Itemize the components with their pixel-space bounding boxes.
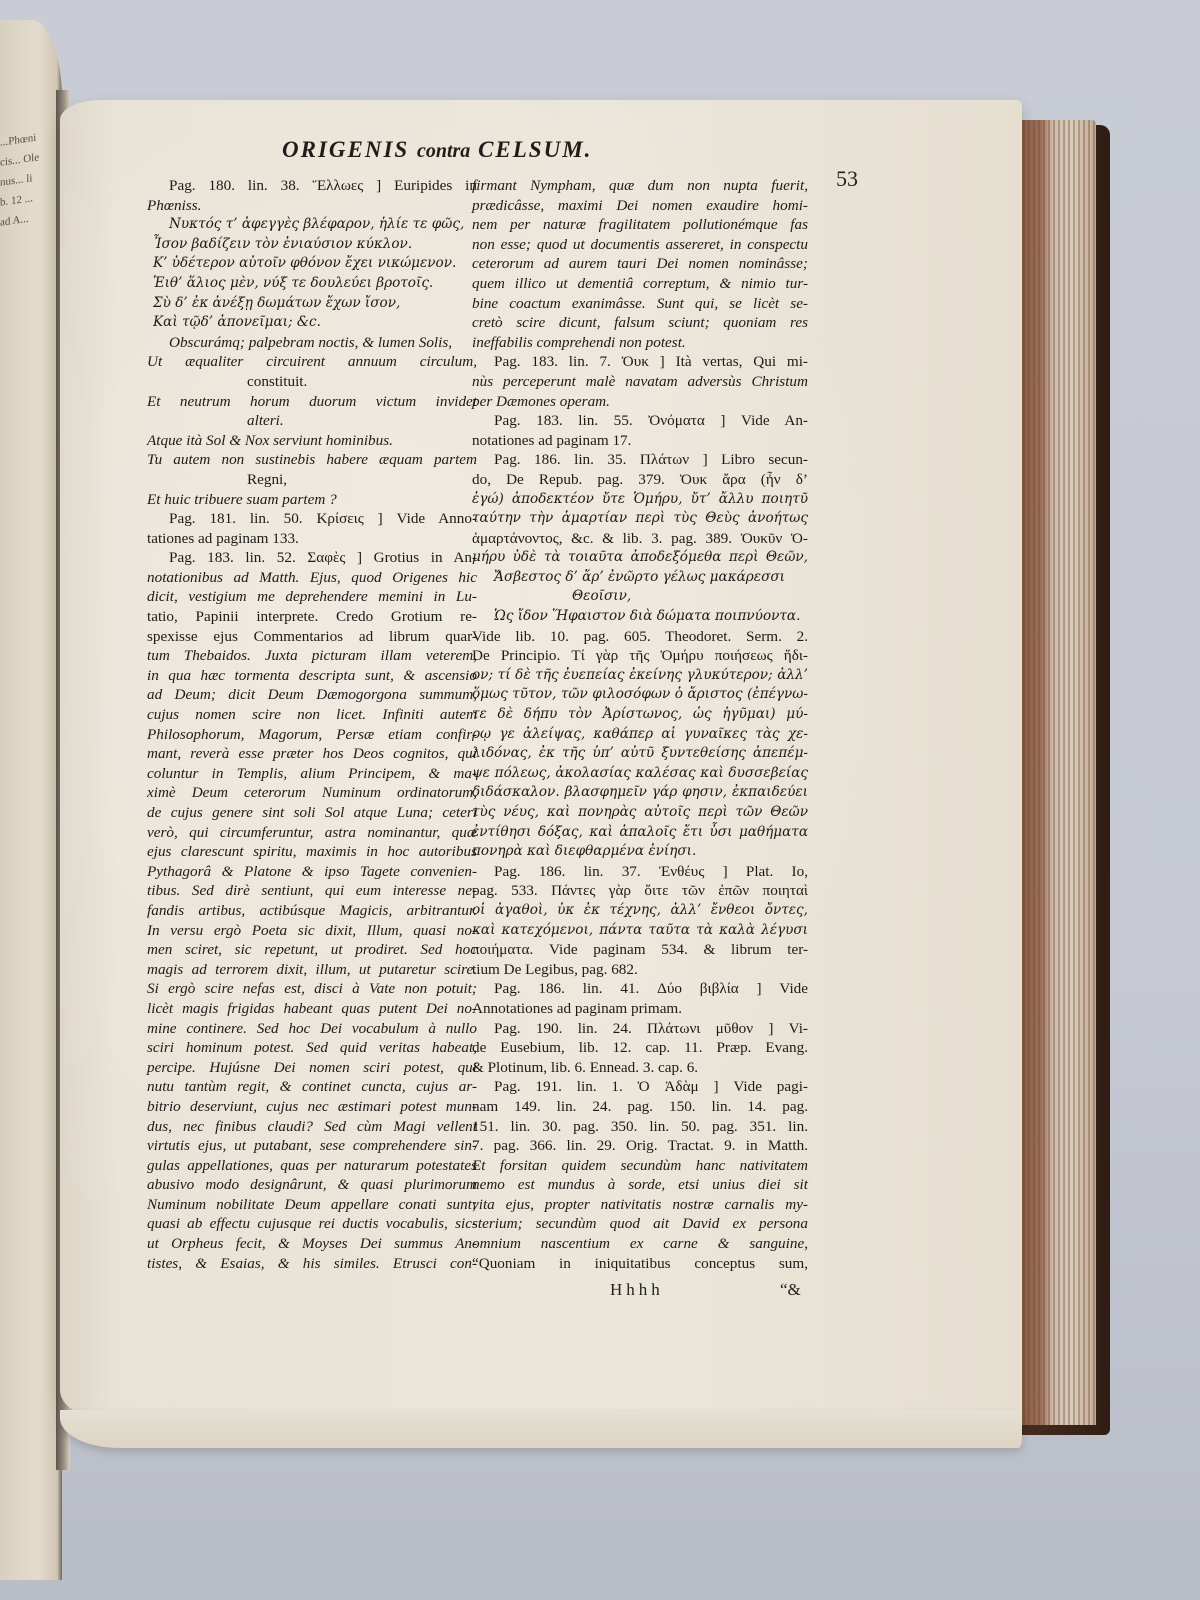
text-line: tatio, Papinii interprete. Credo Grotium… xyxy=(147,607,477,627)
text-line: gulas appellationes, quas per naturarum … xyxy=(147,1156,477,1176)
text-line: nem per naturæ fragilitatem pollutionémq… xyxy=(472,215,808,235)
text-line: de Eusebium, lib. 12. cap. 11. Præp. Eva… xyxy=(472,1038,808,1058)
text-line: quasi ab effectu cujusque rei ductis voc… xyxy=(147,1214,477,1234)
text-line: ejus clarescunt spiritu, maximis in hoc … xyxy=(147,842,477,862)
text-line: Σὺ δ’ ἐκ ἀνέξῃ δωμάτων ἔχων ἴσον, xyxy=(147,294,477,314)
text-line: Καὶ τῷδ’ ἀπονεῖμαι; &c. xyxy=(147,313,477,333)
text-line: in qua hæc tormenta descripta sunt, & as… xyxy=(147,666,477,686)
text-line: magis ad terrorem dixit, illum, ut putar… xyxy=(147,960,477,980)
text-line: vita ejus, propter nativitatis nostræ ca… xyxy=(472,1195,808,1215)
text-line: cujus nomen scire non licet. Infiniti au… xyxy=(147,705,477,725)
page-bottom-curl xyxy=(60,1410,1022,1448)
text-line: 151. lin. 30. pag. 350. lin. 50. pag. 35… xyxy=(472,1117,808,1137)
text-line: ταύτην τὴν ἁμαρτίαν περὶ τὺς Θεὺς ἀνοήτω… xyxy=(472,509,808,529)
text-line: dicit, vestigium me deprehendere memini … xyxy=(147,587,477,607)
text-line: μήρυ ὐδὲ τὰ τοιαῦτα ἀποδεξόμεθα περὶ Θεῶ… xyxy=(472,548,808,568)
text-line: Pag. 181. lin. 50. Κρίσεις ] Vide Anno- xyxy=(147,509,477,529)
text-line: omnium nascentium ex carne & sanguine, xyxy=(472,1234,808,1254)
text-line: Pag. 183. lin. 7. Ὀυκ ] Ità vertas, Qui … xyxy=(472,352,808,372)
running-head-subject: CELSUM. xyxy=(478,137,592,162)
text-line: virtutis ejus, ut putabant, sese compreh… xyxy=(147,1136,477,1156)
text-line: Ὡς ἴδον Ἥφαιστον διὰ δώματα ποιπνύοντα. xyxy=(472,607,808,627)
text-line: coluntur in Templis, alium Principem, & … xyxy=(147,764,477,784)
text-line: Et forsitan quidem secundùm hanc nativit… xyxy=(472,1156,808,1176)
text-line: ὅμως τῦτον, τῶν φιλοσόφων ὁ ἄριστος (ἐπέ… xyxy=(472,685,808,705)
running-head-main: ORIGENIS xyxy=(282,137,409,162)
text-line: Et huic tribuere suam partem ? xyxy=(147,490,477,510)
text-line: Obscurámq; palpebram noctis, & lumen Sol… xyxy=(147,333,477,353)
text-line: bine coactum exanimâsse. Sunt qui, se li… xyxy=(472,294,808,314)
text-line: Νυκτός τ’ ἀφεγγὲς βλέφαρον, ἡλίε τε φῶς, xyxy=(147,215,477,235)
text-line: Ἶσον βαδίζειν τὸν ἐνιαύσιον κύκλον. xyxy=(147,235,477,255)
right-text-column: firmant Nympham, quæ dum non nupta fueri… xyxy=(472,176,808,1273)
text-line: nùs perceperunt malè navatam adversùs Ch… xyxy=(472,372,808,392)
text-line: Pag. 191. lin. 1. Ὁ Ἀδὰμ ] Vide pagi- xyxy=(472,1077,808,1097)
text-line: notationibus ad Matth. Ejus, quod Origen… xyxy=(147,568,477,588)
text-line: quem illico ut dementiâ correptum, & nim… xyxy=(472,274,808,294)
text-line: Numinum nobilitate Deum appellare conati… xyxy=(147,1195,477,1215)
text-line: dus, nec finibus claudi? Sed cùm Magi ve… xyxy=(147,1117,477,1137)
running-head: ORIGENIS contra CELSUM. xyxy=(282,137,592,163)
text-line: ἐντίθησι δόξας, καὶ ἁπαλοῖς ἔτι ὖσι μαθή… xyxy=(472,823,808,843)
text-line: bitrio deserviunt, cujus nec æstimari po… xyxy=(147,1097,477,1117)
text-line: Pag. 186. lin. 37. Ἐνθέυς ] Plat. Io, xyxy=(472,862,808,882)
text-line: Si ergò scire nefas est, disci à Vate no… xyxy=(147,979,477,999)
text-line: ψε πόλεως, ἀκολασίας καλέσας καὶ δυσσεβε… xyxy=(472,764,808,784)
text-line: tistes, & Esaias, & his similes. Etrusci… xyxy=(147,1254,477,1274)
text-line: διδάσκαλον. βλασφημεῖν γάρ φησιν, ἐκπαιδ… xyxy=(472,783,808,803)
text-line: ad Deum; dicit Deum Dæmogorgona summum, xyxy=(147,685,477,705)
left-text-column: Pag. 180. lin. 38. Ἕλλωες ] Euripides in… xyxy=(147,176,477,1273)
text-line: licèt magis frigidas habeant quas putent… xyxy=(147,999,477,1019)
text-line: tibus. Sed dirè sentiunt, qui eum intere… xyxy=(147,881,477,901)
text-line: Pag. 183. lin. 52. Σαφὲς ] Grotius in An… xyxy=(147,548,477,568)
text-line: verò, qui circumferuntur, astra nominant… xyxy=(147,823,477,843)
text-line: 7. pag. 366. lin. 29. Orig. Tractat. 9. … xyxy=(472,1136,808,1156)
text-line: Ἐιθ’ ἅλιος μὲν, νύξ τε δουλεύει βροτοῖς. xyxy=(147,274,477,294)
text-line: ον; τί δὲ τῆς ἐυεπείας ἐκείνης γλυκύτερο… xyxy=(472,666,808,686)
text-line: mant, reverà esse præter hos Deos cognit… xyxy=(147,744,477,764)
text-line: Vide lib. 10. pag. 605. Theodoret. Serm.… xyxy=(472,627,808,647)
text-line: ut Orpheus fecit, & Moyses Dei summus An… xyxy=(147,1234,477,1254)
text-line: Pag. 190. lin. 24. Πλάτωνι μῦθον ] Vi- xyxy=(472,1019,808,1039)
text-line: ποιήματα. Vide paginam 534. & librum ter… xyxy=(472,940,808,960)
text-line: Κ’ ὐδέτερον αὐτοῖν φθόνον ἔχει νικώμενον… xyxy=(147,254,477,274)
catchword: “& xyxy=(780,1280,801,1300)
text-line: πονηρὰ καὶ διεφθαρμένα ἐνίησι. xyxy=(472,842,808,862)
text-line: spexisse ejus Commentarios ad librum qua… xyxy=(147,627,477,647)
text-line: καὶ κατεχόμενοι, πάντα ταῦτα τὰ καλὰ λέγ… xyxy=(472,921,808,941)
text-line: ἁμαρτάνοντος, &c. & lib. 3. pag. 389. Ὀυ… xyxy=(472,529,808,549)
text-line: de cujus genere sint soli Sol atque Luna… xyxy=(147,803,477,823)
text-line: Regni, xyxy=(147,470,477,490)
text-line: notationes ad paginam 17. xyxy=(472,431,808,451)
text-line: Pag. 180. lin. 38. Ἕλλωες ] Euripides in xyxy=(147,176,477,196)
text-line: Ἄσβεστος δ’ ἄρ’ ἐνῶρτο γέλως μακάρεσσι xyxy=(472,568,808,588)
running-head-connector: contra xyxy=(417,140,470,162)
text-line: sciri hominum potest. Sed quid veritas h… xyxy=(147,1038,477,1058)
text-line: In versu ergò Poeta sic dixit, Illum, qu… xyxy=(147,921,477,941)
text-line: mine continere. Sed hoc Dei vocabulum à … xyxy=(147,1019,477,1039)
text-line: sterium; secundùm quod ait David ex pers… xyxy=(472,1214,808,1234)
text-line: & Plotinum, lib. 6. Ennead. 3. cap. 6. xyxy=(472,1058,808,1078)
text-line: Tu autem non sustinebis habere æquam par… xyxy=(147,450,477,470)
text-line: τὺς νέυς, καὶ πονηρὰς αὐτοῖς περὶ τῶν Θε… xyxy=(472,803,808,823)
text-line: nemo est mundus à sorde, etsi unius diei… xyxy=(472,1175,808,1195)
text-line: tium De Legibus, pag. 682. xyxy=(472,960,808,980)
text-line: abusivo modo designârunt, & quasi plurim… xyxy=(147,1175,477,1195)
text-line: per Dæmones operam. xyxy=(472,392,808,412)
text-line: fandis artibus, actibúsque Magicis, arbi… xyxy=(147,901,477,921)
text-line: Pag. 186. lin. 41. Δύο βιβλία ] Vide xyxy=(472,979,808,999)
text-line: ρῳ γε ἀλείψας, καθάπερ αἱ γυναῖκες τὰς χ… xyxy=(472,725,808,745)
text-line: constituit. xyxy=(147,372,477,392)
page-block-fore-edge xyxy=(1018,120,1096,1425)
text-line: nutu tantùm regit, & continet cuncta, cu… xyxy=(147,1077,477,1097)
text-line: pag. 533. Πάντες γὰρ ὅιτε τῶν ἐπῶν ποιητ… xyxy=(472,881,808,901)
text-line: ximè Deum ceterorum Numinum ordinatorum, xyxy=(147,783,477,803)
text-line: tum Thebaidos. Juxta picturam illam vete… xyxy=(147,646,477,666)
text-line: Annotationes ad paginam primam. xyxy=(472,999,808,1019)
text-line: Et neutrum horum duorum victum invidet xyxy=(147,392,477,412)
text-line: ineffabilis comprehendi non potest. xyxy=(472,333,808,353)
text-line: Phœniss. xyxy=(147,196,477,216)
text-line: men sciret, sic repetunt, ut prodiret. S… xyxy=(147,940,477,960)
text-line: Philosophorum, Magorum, Persæ etiam conf… xyxy=(147,725,477,745)
text-line: λιδόνας, ἐκ τῆς ὑπ’ αὐτῦ ξυντεθείσης ἀπε… xyxy=(472,744,808,764)
text-line: Pag. 186. lin. 35. Πλάτων ] Libro secun- xyxy=(472,450,808,470)
text-line: Θεοῖσιν, xyxy=(472,587,808,607)
text-line: ceterorum ad aurem tauri Dei nomen nomin… xyxy=(472,254,808,274)
text-line: alteri. xyxy=(147,411,477,431)
text-line: Atque ità Sol & Nox serviunt hominibus. xyxy=(147,431,477,451)
text-line: tationes ad paginam 133. xyxy=(147,529,477,549)
text-line: firmant Nympham, quæ dum non nupta fueri… xyxy=(472,176,808,196)
facing-left-page: ...Phœnicis... Olenus... lib. 12 ... ad … xyxy=(0,20,62,1580)
text-line: τε δὲ δήπυ τὸν Ἀρίστωνος, ὡς ἡγῦμαι) μύ- xyxy=(472,705,808,725)
text-line: do, De Repub. pag. 379. Ὀυκ ἄρα (ἦν δ’ xyxy=(472,470,808,490)
text-line: percipe. Hujúsne Dei nomen sciri potest,… xyxy=(147,1058,477,1078)
text-line: nam 149. lin. 24. pag. 150. lin. 14. pag… xyxy=(472,1097,808,1117)
text-line: non esse; quod ut documentis assereret, … xyxy=(472,235,808,255)
text-line: Ut æqualiter circuirent annuum circulum, xyxy=(147,352,477,372)
text-line: οἱ ἀγαθοὶ, ὐκ ἐκ τέχνης, ἀλλ’ ἔνθεοι ὄντ… xyxy=(472,901,808,921)
text-line: De Principio. Τί γὰρ τῆς Ὁμήρυ ποιήσεως … xyxy=(472,646,808,666)
text-line: prædicâsse, maximi Dei nomen exaudire ho… xyxy=(472,196,808,216)
text-line: ἐγώ) ἀποδεκτέον ὔτε Ὁμήρυ, ὔτ’ ἄλλυ ποιη… xyxy=(472,490,808,510)
facing-page-text-fragment: ...Phœnicis... Olenus... lib. 12 ... ad … xyxy=(0,127,40,233)
text-line: cretò scire dicunt, falsum sciunt; quoni… xyxy=(472,313,808,333)
signature-mark: Hhhh xyxy=(610,1280,664,1300)
page-number: 53 xyxy=(836,166,858,192)
text-line: Pythagorâ & Platone & ipso Tagete conven… xyxy=(147,862,477,882)
text-line: Pag. 183. lin. 55. Ὀνόματα ] Vide An- xyxy=(472,411,808,431)
text-line: “Quoniam in iniquitatibus conceptus sum, xyxy=(472,1254,808,1274)
